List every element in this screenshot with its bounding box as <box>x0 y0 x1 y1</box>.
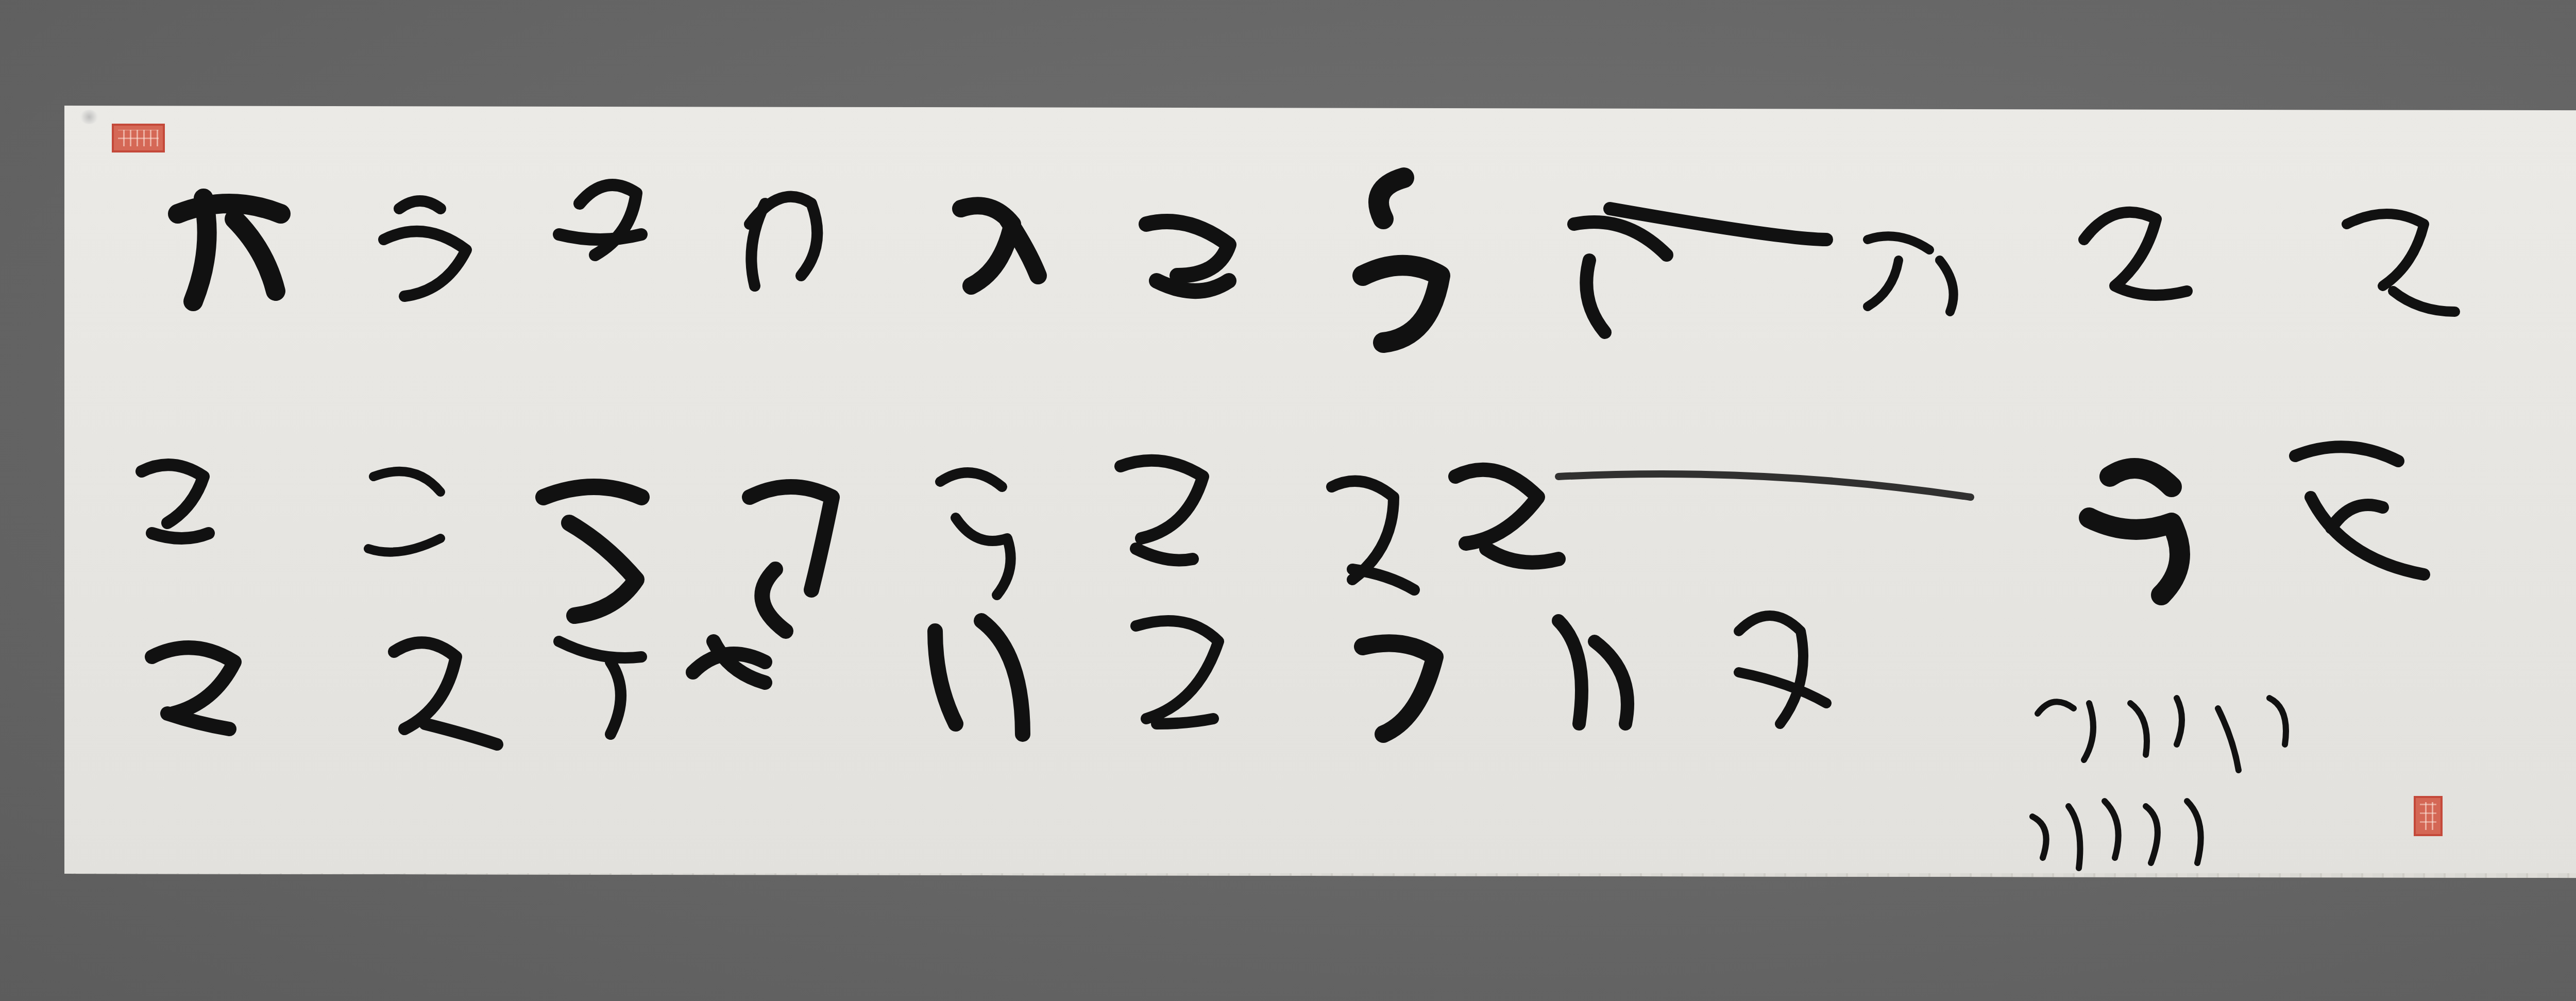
calligraphy-paper <box>64 106 2576 878</box>
calligraphy-strokes <box>64 106 2576 878</box>
